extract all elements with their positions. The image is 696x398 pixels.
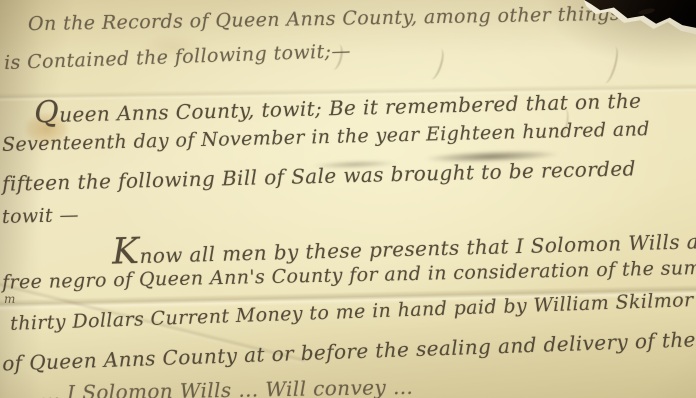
document-photo: On the Records of Queen Anns County, amo… [0,0,696,398]
photo-vignette [0,0,696,398]
